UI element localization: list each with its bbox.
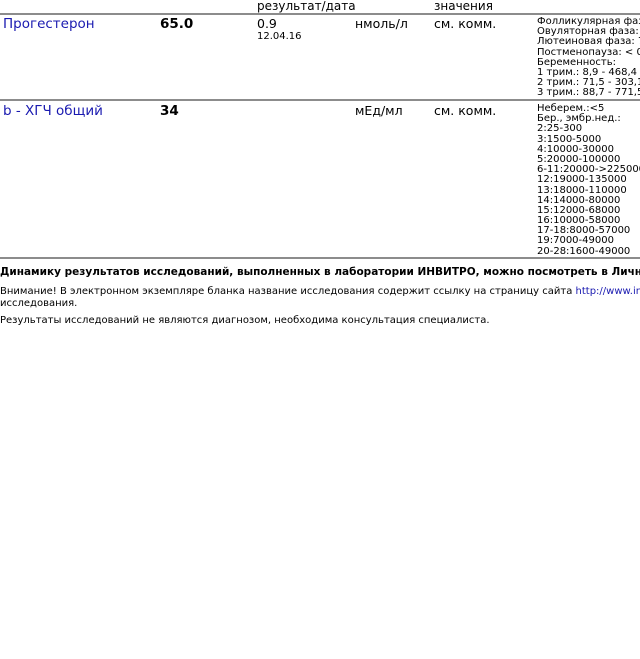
- table-bottom-separator: [0, 257, 640, 259]
- comment-line: 3 трим.: 88,7 - 771,5: [537, 88, 640, 98]
- unit: нмоль/л: [355, 16, 408, 31]
- header-prev-result: результат/дата: [257, 0, 356, 13]
- dynamics-note: Динамику результатов исследований, выпол…: [0, 266, 640, 278]
- row-separator: [0, 99, 640, 101]
- attention-text: Внимание! В электронном экземпляре бланк…: [0, 286, 576, 297]
- previous-result: 0.9: [257, 16, 277, 31]
- test-name-link[interactable]: b - ХГЧ общий: [3, 103, 103, 119]
- reference-values: см. комм.: [434, 16, 496, 31]
- header-reference: значения: [434, 0, 493, 13]
- comment-line: 12:19000-135000: [537, 175, 640, 185]
- unit: мЕд/мл: [355, 103, 403, 118]
- previous-date: 12.04.16: [257, 31, 302, 42]
- comment-line: 20-28:1600-49000: [537, 247, 640, 257]
- result-value: 65.0: [160, 16, 193, 32]
- disclaimer-note: Результаты исследований не являются диаг…: [0, 315, 490, 327]
- test-name-link[interactable]: Прогестерон: [3, 16, 95, 32]
- invitro-link[interactable]: http://www.invitro.ru/: [576, 286, 640, 297]
- attention-line-2: исследования.: [0, 298, 640, 310]
- result-value: 34: [160, 103, 179, 119]
- attention-note: Внимание! В электронном экземпляре бланк…: [0, 286, 640, 309]
- comment: Фолликулярная фаза: Овуляторная фаза: 0,…: [537, 17, 640, 99]
- attention-line-1: Внимание! В электронном экземпляре бланк…: [0, 286, 640, 298]
- comment: Неберем.:<5 Бер., эмбр.нед.: 2:25-300 3:…: [537, 104, 640, 257]
- header-separator: [0, 13, 640, 15]
- reference-values: см. комм.: [434, 103, 496, 118]
